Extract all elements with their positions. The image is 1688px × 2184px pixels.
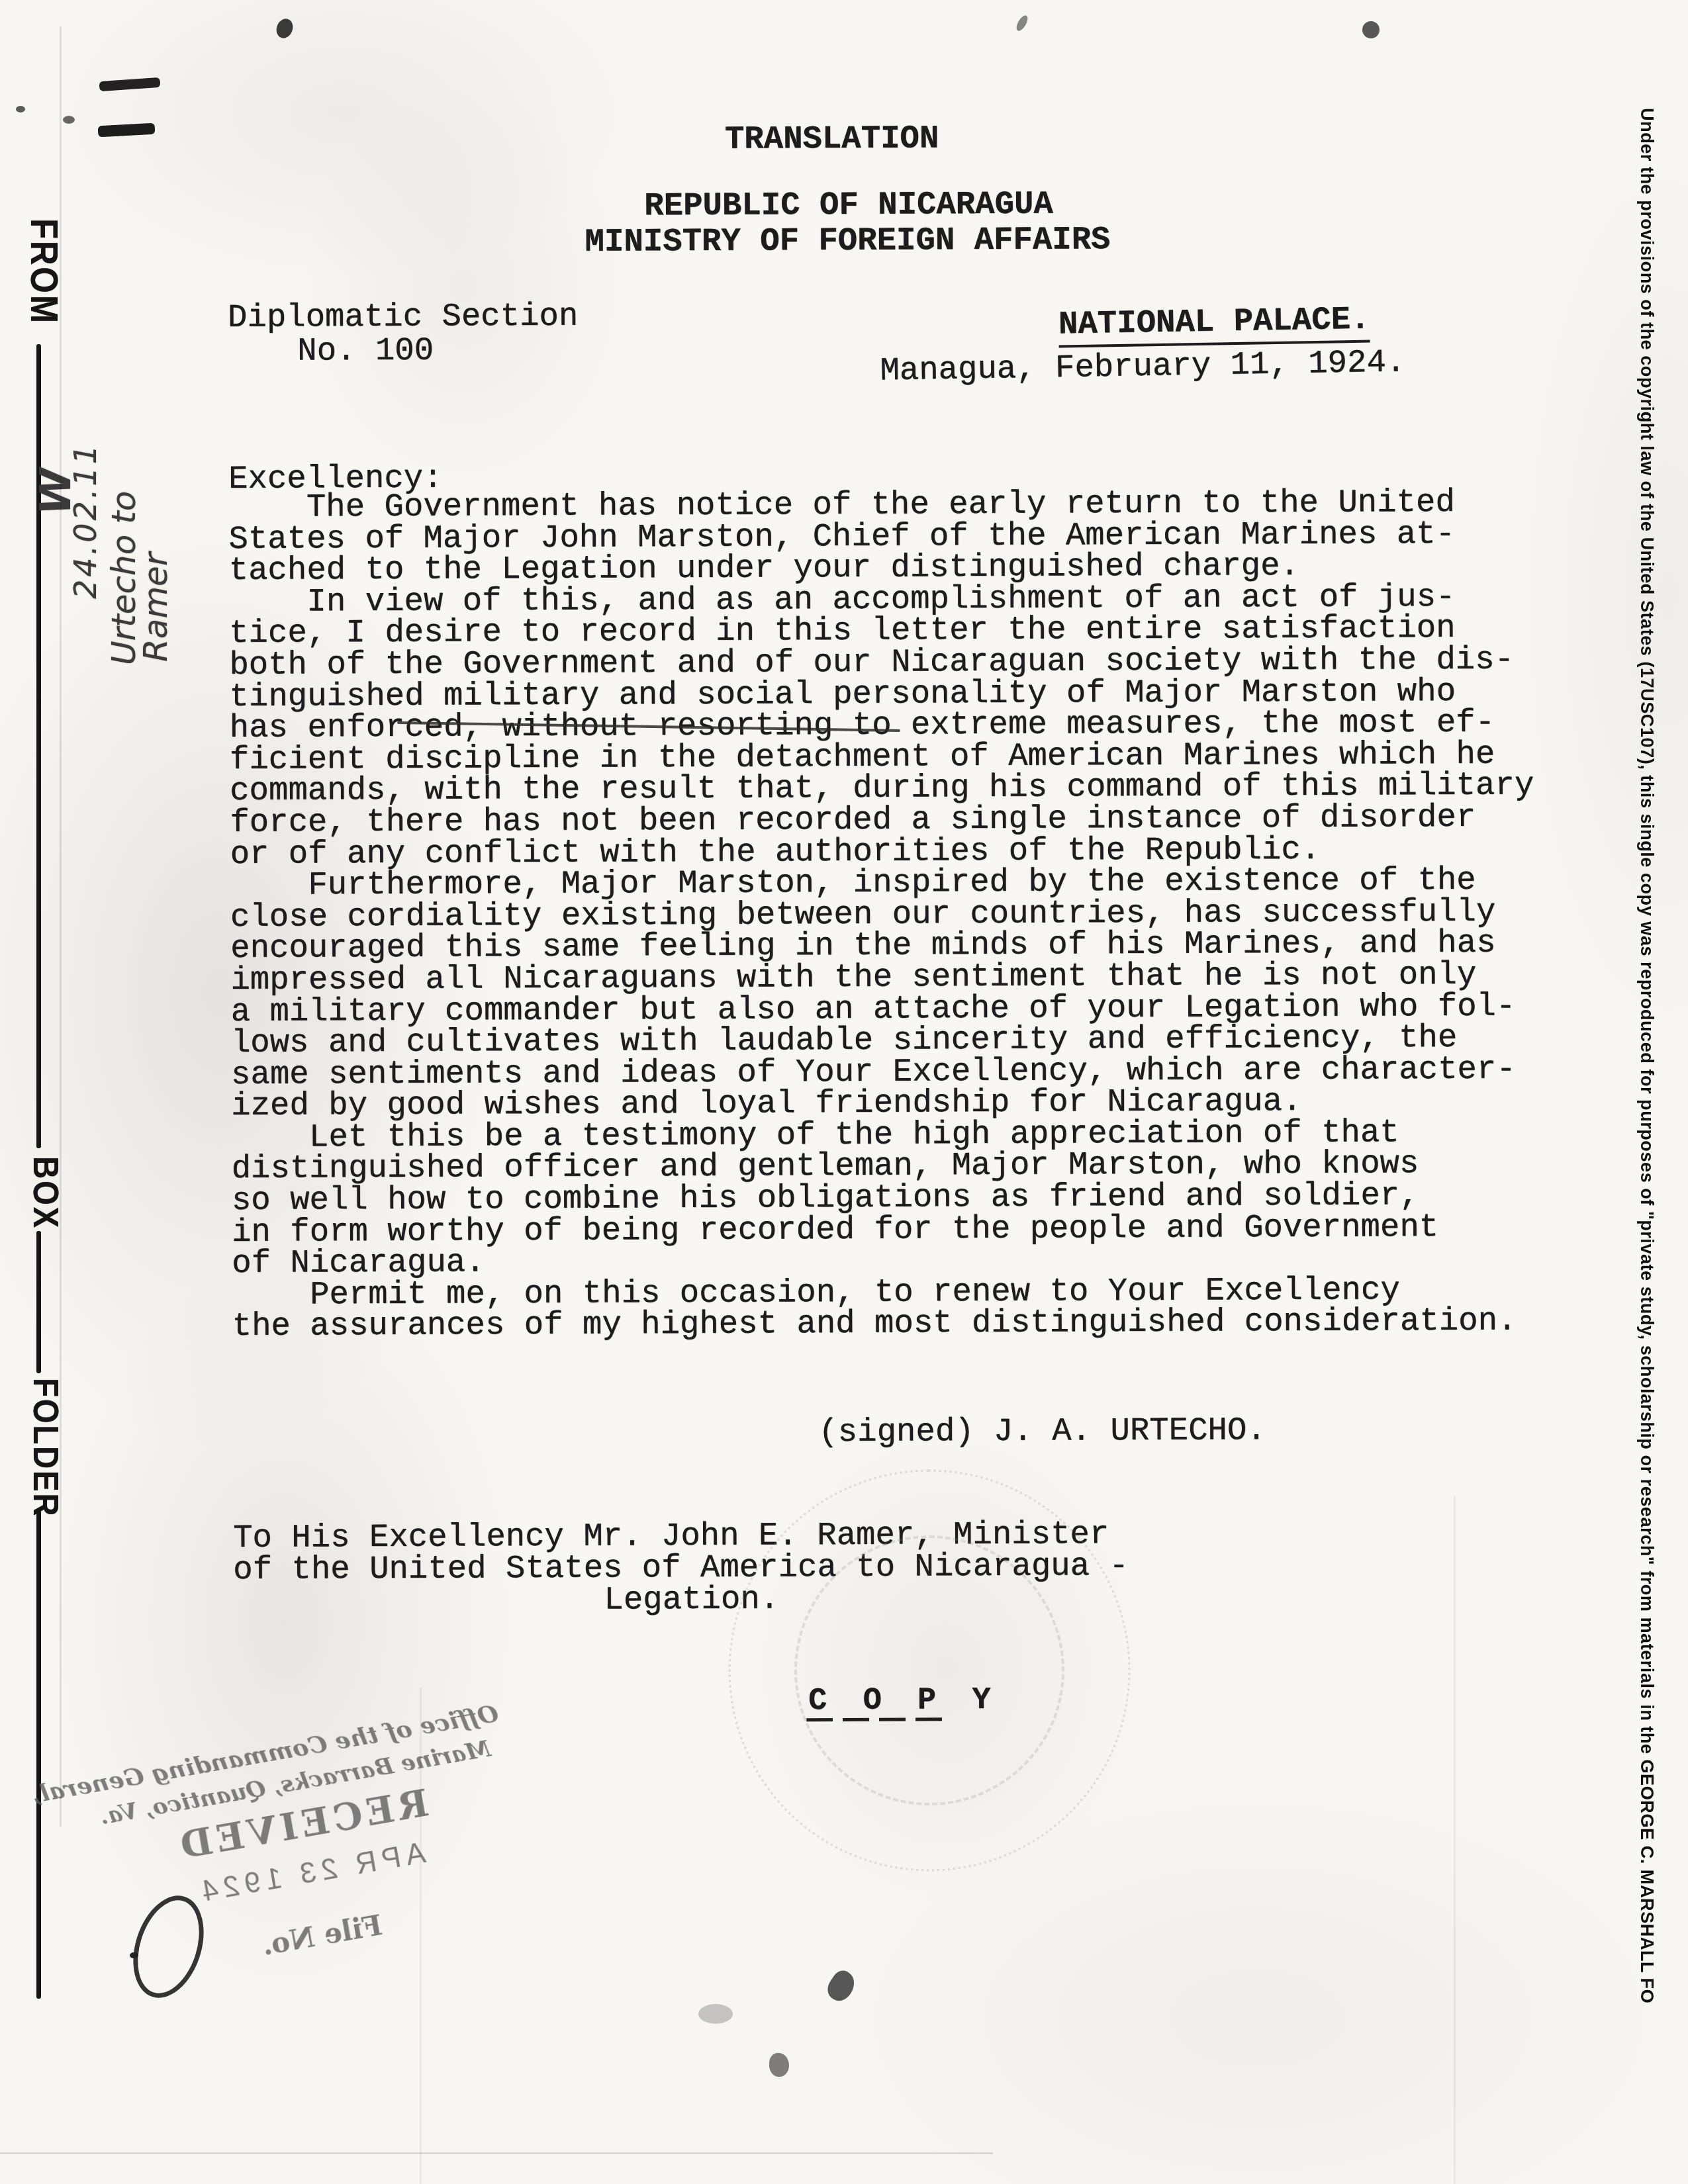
crease-line-1 [420, 1688, 422, 2184]
diplomatic-section-line: Diplomatic Section [228, 298, 579, 336]
date-line: Managua, February 11, 1924. [880, 343, 1406, 389]
scribble-mark-1 [99, 77, 161, 91]
ink-blot-1 [823, 1967, 860, 2005]
folder-blank-line [36, 1510, 41, 1999]
section-number: No. 100 [297, 332, 434, 370]
from-blank-line [36, 344, 41, 1148]
place-line: NATIONAL PALACE. [1058, 301, 1370, 348]
speck-4 [1362, 21, 1380, 38]
speck-5 [1014, 14, 1029, 33]
seal-inner-ring [794, 1535, 1064, 1805]
document-page: TRANSLATION REPUBLIC OF NICARAGUA MINIST… [0, 0, 1688, 2184]
speck-3 [274, 17, 296, 40]
received-stamp: Office of the Commanding General, Marine… [78, 1696, 545, 2050]
crease-line-2 [1454, 1496, 1456, 2184]
page-left-edge [60, 26, 62, 1827]
letter-body: The Government has notice of the early r… [228, 486, 1536, 1343]
page-title: TRANSLATION [725, 120, 939, 158]
header-ministry: MINISTRY OF FOREIGN AFFAIRS [585, 221, 1110, 260]
ink-blot-2 [769, 2053, 789, 2077]
pen-dot [130, 1952, 138, 1958]
box-blank-line [36, 1231, 41, 1373]
handwritten-check-mark: W [32, 468, 81, 515]
copyright-notice: Under the provisions of the copyright la… [1636, 108, 1658, 2003]
ink-blot-3 [698, 2004, 733, 2024]
speck-2 [63, 116, 75, 124]
handwritten-name: Ramer [136, 553, 175, 662]
header-republic: REPUBLIC OF NICARAGUA [644, 186, 1053, 225]
signature-line: (signed) J. A. URTECHO. [818, 1412, 1266, 1451]
page-bottom-edge [0, 2152, 993, 2154]
handwritten-date: 24.02.11 [68, 442, 103, 599]
speck-1 [16, 106, 25, 113]
letter: TRANSLATION REPUBLIC OF NICARAGUA MINIST… [0, 0, 1686, 1]
scribble-mark-2 [98, 123, 156, 137]
